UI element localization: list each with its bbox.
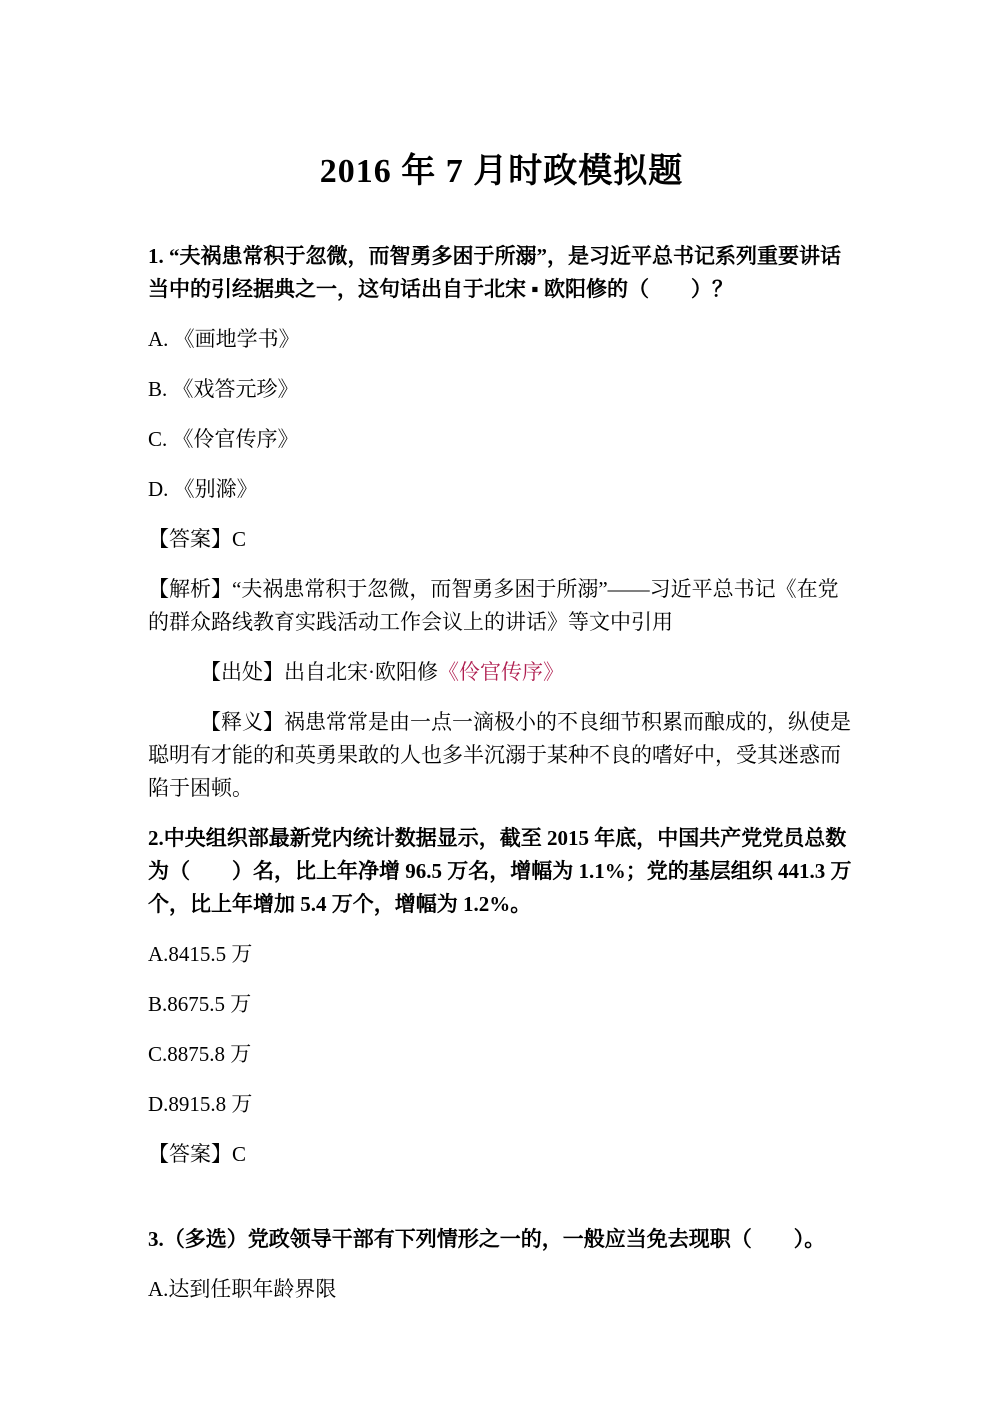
question-1-option-a: A. 《画地学书》 [148, 323, 855, 356]
question-2-option-a: A.8415.5 万 [148, 938, 855, 971]
page-title: 2016 年 7 月时政模拟题 [148, 150, 855, 194]
question-1-source-book-title: 《伶官传序》 [438, 660, 564, 684]
question-3-stem: 3.（多选）党政领导干部有下列情形之一的，一般应当免去现职（ ）。 [148, 1223, 855, 1256]
question-2-stem: 2.中央组织部最新党内统计数据显示，截至 2015 年底，中国共产党党员总数为（… [148, 822, 855, 921]
question-2-option-d: D.8915.8 万 [148, 1088, 855, 1121]
question-3: 3.（多选）党政领导干部有下列情形之一的，一般应当免去现职（ ）。 A.达到任职… [148, 1223, 855, 1306]
question-1-meaning: 【释义】祸患常常是由一点一滴极小的不良细节积累而酿成的，纵使是聪明有才能的和英勇… [148, 706, 855, 805]
question-1-option-d: D. 《别滁》 [148, 473, 855, 506]
question-2: 2.中央组织部最新党内统计数据显示，截至 2015 年底，中国共产党党员总数为（… [148, 822, 855, 1171]
question-2-answer: 【答案】C [148, 1138, 855, 1171]
document-content: 2016 年 7 月时政模拟题 1. “夫祸患常积于忽微，而智勇多困于所溺”，是… [0, 0, 993, 1306]
question-1-source: 【出处】出自北宋·欧阳修《伶官传序》 [148, 656, 855, 689]
question-2-option-c: C.8875.8 万 [148, 1038, 855, 1071]
question-3-option-a: A.达到任职年龄界限 [148, 1273, 855, 1306]
question-1-answer: 【答案】C [148, 523, 855, 556]
question-1-source-prefix: 【出处】出自北宋·欧阳修 [200, 660, 438, 684]
question-1-option-c: C. 《伶官传序》 [148, 423, 855, 456]
document-page: 2016 年 7 月时政模拟题 1. “夫祸患常积于忽微，而智勇多困于所溺”，是… [0, 0, 993, 1404]
question-1-stem: 1. “夫祸患常积于忽微，而智勇多困于所溺”，是习近平总书记系列重要讲话当中的引… [148, 240, 855, 306]
question-1: 1. “夫祸患常积于忽微，而智勇多困于所溺”，是习近平总书记系列重要讲话当中的引… [148, 240, 855, 805]
question-2-option-b: B.8675.5 万 [148, 988, 855, 1021]
question-1-analysis: 【解析】“夫祸患常积于忽微，而智勇多困于所溺”——习近平总书记《在党的群众路线教… [148, 573, 855, 639]
question-1-option-b: B. 《戏答元珍》 [148, 373, 855, 406]
